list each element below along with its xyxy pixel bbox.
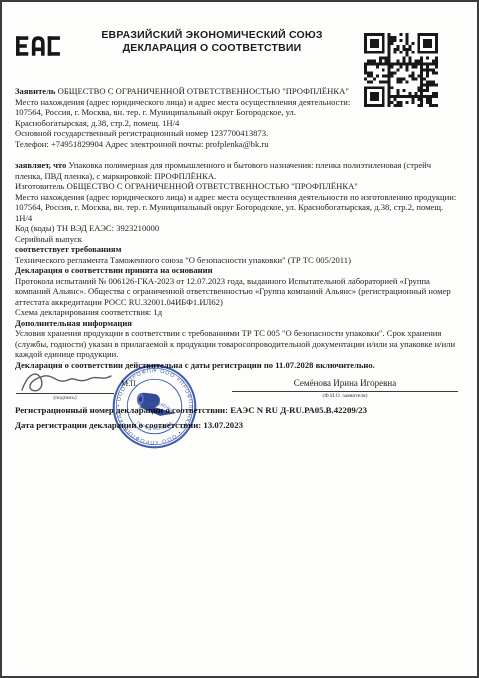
document-title: ЕВРАЗИЙСКИЙ ЭКОНОМИЧЕСКИЙ СОЮЗ ДЕКЛАРАЦИ… — [72, 29, 352, 55]
applicant-address: Место нахождения (адрес юридического лиц… — [15, 97, 362, 129]
product-line: заявляет, что Упаковка полимерная для пр… — [15, 160, 457, 181]
handwritten-signature — [16, 368, 116, 396]
applicant-contacts: Телефон: +74951829904 Адрес электронной … — [15, 139, 362, 150]
manufacturer-address: Место нахождения (адрес юридического лиц… — [15, 192, 457, 224]
applicant-line: Заявитель ОБЩЕСТВО С ОГРАНИЧЕННОЙ ОТВЕТС… — [15, 86, 362, 97]
signature-line — [16, 393, 114, 394]
requirements-text: Технического регламента Таможенного союз… — [15, 255, 457, 266]
applicant-block: Заявитель ОБЩЕСТВО С ОГРАНИЧЕННОЙ ОТВЕТС… — [15, 86, 362, 149]
additional-info-label: Дополнительная информация — [15, 318, 457, 329]
release-type: Серийный выпуск — [15, 234, 457, 245]
signatory-name: Семёнова Ирина Игоревна — [232, 378, 458, 388]
registration-number-line: Регистрационный номер декларации о соотв… — [15, 405, 467, 415]
basis-label: Декларация о соответствии принята на осн… — [15, 265, 457, 276]
tnved-code-line: Код (коды) ТН ВЭД ЕАЭС: 3923210000 — [15, 223, 457, 234]
signatory-name-line — [232, 391, 458, 392]
declaration-document: ЕВРАЗИЙСКИЙ ЭКОНОМИЧЕСКИЙ СОЮЗ ДЕКЛАРАЦИ… — [0, 0, 479, 678]
union-name: ЕВРАЗИЙСКИЙ ЭКОНОМИЧЕСКИЙ СОЮЗ — [72, 29, 352, 42]
additional-info-text: Условия хранения продукции в соответстви… — [15, 328, 457, 360]
requirements-label: соответствует требованиям — [15, 244, 457, 255]
eac-mark-icon — [15, 28, 62, 64]
manufacturer-line: Изготовитель ОБЩЕСТВО С ОГРАНИЧЕННОЙ ОТВ… — [15, 181, 457, 192]
scheme-line: Схема декларирования соответствия: 1д — [15, 307, 457, 318]
declares-label: заявляет, что — [15, 160, 66, 170]
product-compliance-block: заявляет, что Упаковка полимерная для пр… — [15, 160, 457, 360]
company-stamp: • ООО «ПРОФПЛЁНКА» • ООО «ПРОФПЛЁНКА» • … — [112, 364, 197, 449]
applicant-ogrn: Основной государственный регистрационный… — [15, 128, 362, 139]
product-description: Упаковка полимерная для промышленного и … — [15, 160, 431, 181]
registration-date-line: Дата регистрации декларации о соответств… — [15, 420, 467, 430]
signature-caption: (подпись) — [16, 395, 114, 401]
stamp-city-text: ГОРОД МОСКВА — [136, 420, 174, 431]
svg-text:ГОРОД МОСКВА: ГОРОД МОСКВА — [136, 420, 174, 431]
qr-code — [364, 33, 438, 107]
signatory-name-caption: (Ф.И.О. заявителя) — [232, 393, 458, 399]
applicant-label: Заявитель — [15, 86, 55, 96]
doc-type: ДЕКЛАРАЦИЯ О СООТВЕТСТВИИ — [72, 42, 352, 55]
applicant-name: ОБЩЕСТВО С ОГРАНИЧЕННОЙ ОТВЕТСТВЕННОСТЬЮ… — [58, 86, 349, 96]
basis-text: Протокола испытаний № 006126-ГКА-2023 от… — [15, 276, 457, 308]
